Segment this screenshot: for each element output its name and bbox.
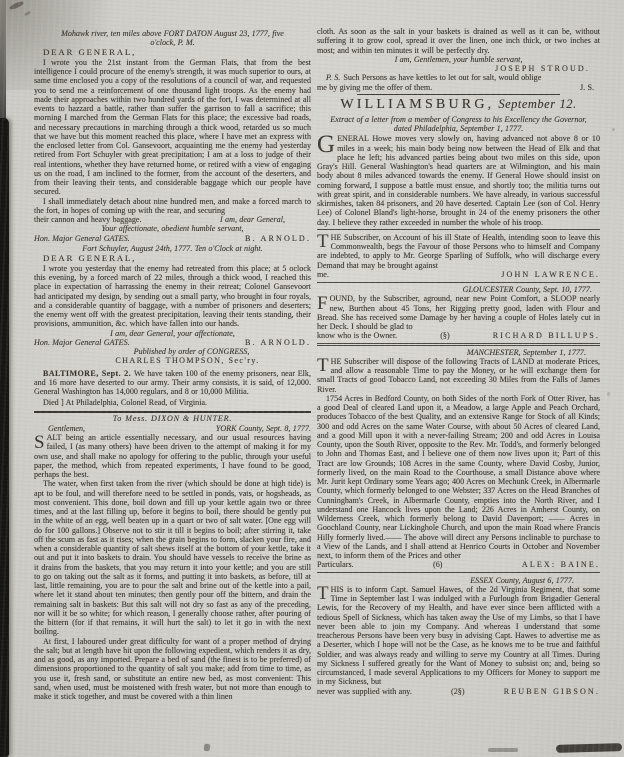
newspaper-page: Mohawk river, ten miles above FORT DATON… (0, 0, 624, 757)
binding-shadow (0, 118, 9, 757)
letter-closing: I am, dear General, your affectionate, (34, 329, 311, 338)
ink-speck (607, 392, 610, 396)
letter-paragraph: I wrote you the 21st instant from the Ge… (34, 58, 311, 197)
extract-paragraph-dropcap: GENERAL Howe moves very slowly on, havin… (317, 134, 600, 227)
masthead-city: WILLIAMSBURG, (340, 97, 494, 112)
notice-paragraph-dropcap: THE Subscriber will dispose of the follo… (317, 357, 600, 394)
binding-shadow-top (0, 0, 6, 122)
notice-paragraph-dropcap: THE Subscriber, on Account of his ill St… (317, 233, 600, 270)
signature: REUBEN GIBSON. (504, 687, 600, 696)
ink-speck (612, 128, 615, 131)
signature: RICHARD BILLUPS. (493, 331, 600, 340)
news-dateline-lead: BALTIMORE, Sept. 2. (43, 369, 131, 378)
extract-heading-cont: dated Philadelphia, September 1, 1777. (317, 124, 600, 133)
section-rule (317, 572, 600, 573)
notice-dateline: MANCHESTER, September 1, 1777. (317, 348, 600, 357)
letter-addressee: Hon. Major General GATES. (34, 338, 130, 347)
paragraph-text: HE Subscriber, on Account of his ill Sta… (317, 233, 600, 270)
arnold-letter-1: Mohawk river, ten miles above FORT DATON… (34, 29, 311, 243)
section-rule (317, 229, 600, 230)
secretary-name: CHARLES THOMPSON, Sec'ry. (34, 356, 311, 365)
postscript: P. S.Such Persons as have kettles to let… (317, 73, 600, 82)
letter-paragraph-dropcap: SALT being an article essentially necess… (34, 433, 311, 479)
notice-paragraph-dropcap: THIS is to inform Capt. Samuel Hawes, of… (317, 585, 600, 687)
reference-mark: (6) (433, 560, 442, 569)
reference-mark: (§) (440, 331, 449, 340)
ink-mark-bottom (204, 744, 211, 752)
letter-salutation: DEAR GENERAL, (34, 48, 311, 57)
masthead-rule (357, 94, 561, 95)
letter-paragraph: I shall immediately detach about nine hu… (34, 197, 311, 216)
paragraph-text: HIS is to inform Capt. Samuel Hawes, of … (317, 585, 600, 687)
letter-lastline-row: their cannon and heavy baggage. I am, de… (34, 215, 311, 224)
lastline-text: Particulars. (317, 560, 354, 569)
salt-letter: To Mess. DIXON & HUNTER. Gentlemen, YORK… (34, 414, 311, 701)
section-rule (34, 411, 311, 413)
letter-paragraph: I wrote you yesterday that the enemy had… (34, 264, 311, 329)
lastline-text: their cannon and heavy baggage. (34, 215, 142, 224)
land-sale-notice: MANCHESTER, September 1, 1777. THE Subsc… (317, 348, 600, 570)
signature: JOSEPH STROUD. (317, 64, 600, 73)
signature: ALEX: BAINE. (522, 560, 600, 569)
lastline-text: never was supplied with any. (317, 687, 412, 696)
lawrence-notice: THE Subscriber, on Account of his ill St… (317, 233, 600, 279)
letter-dateline: Mohawk river, ten miles above FORT DATON… (34, 29, 311, 38)
signature-row: never was supplied with any. (2§) REUBEN… (317, 687, 600, 696)
gibson-notice: ESSEX County, August 6, 1777. THIS is to… (317, 576, 600, 696)
letter-closing-inline: I am, dear General, (220, 215, 311, 224)
drop-cap: T (317, 234, 331, 251)
letter-paragraph: The water, when first taken from the riv… (34, 479, 311, 636)
salutation-date-row: Gentlemen, YORK County, Sept. 8, 1777. (34, 424, 311, 433)
signature: B. ARNOLD. (245, 338, 311, 347)
paragraph-text: ENERAL Howe moves very slowly on, having… (317, 134, 600, 226)
scan-smudge-bottom-right (556, 743, 622, 753)
letter-paragraph: At first, I laboured under great difficu… (34, 637, 311, 702)
signature: B. ARNOLD. (245, 234, 311, 243)
letter-closing: Your affectionate, obedient humble serva… (34, 224, 311, 233)
postscript-lastline-row: me by giving me the offer of them. J. S. (317, 83, 600, 92)
reference-mark: (2§) (451, 687, 464, 696)
extract-heading: Extract of a letter from a member of Con… (317, 115, 600, 124)
letter-addressee: Hon. Major General GATES. (34, 234, 130, 243)
drop-cap: T (317, 358, 331, 375)
drop-cap: S (34, 435, 47, 452)
postscript-text: Such Persons as have kettles to let out … (343, 73, 541, 82)
signature-row: Hon. Major General GATES. B. ARNOLD. (34, 234, 311, 243)
notice-dateline: GLOUCESTER County, Sept. 10, 1777. (317, 285, 600, 294)
notice-dateline: ESSEX County, August 6, 1777. (317, 576, 600, 585)
masthead: WILLIAMSBURG,September 12. (317, 97, 600, 113)
notice-paragraph: 1754 Acres in Bedford County, on both Si… (317, 394, 600, 561)
section-rule-double (317, 343, 600, 346)
letter-paragraph: cloth. As soon as the salt in your baske… (317, 27, 600, 55)
signature-row: Hon. Major General GATES. B. ARNOLD. (34, 338, 311, 347)
lastline-text: know who is the Owner. (317, 331, 397, 340)
drop-cap: T (317, 586, 331, 603)
letter-salutation: DEAR GENERAL, (34, 254, 311, 263)
notice-paragraph-dropcap: FOUND, by the Subscriber, aground, near … (317, 294, 600, 331)
section-rule (317, 282, 600, 283)
lastline-text: me. (317, 270, 329, 279)
masthead-date: September 12. (498, 97, 576, 111)
found-sloop-notice: GLOUCESTER County, Sept. 10, 1777. FOUND… (317, 285, 600, 341)
letter-dateline: YORK County, Sept. 8, 1777. (216, 424, 311, 433)
letter-salutation: Gentlemen, (34, 424, 85, 433)
lastline-text: me by giving me the offer of them. (317, 83, 432, 92)
drop-cap: G (317, 135, 337, 156)
right-column: cloth. As soon as the salt in your baske… (317, 27, 600, 696)
died-notice: Died ] At Philadelphia, Colonel Read, of… (34, 398, 311, 407)
baltimore-news: BALTIMORE, Sept. 2.We have taken 100 of … (34, 369, 311, 408)
congress-extract: Extract of a letter from a member of Con… (317, 115, 600, 227)
paragraph-text: ALT being an article essentially necessa… (34, 433, 311, 479)
paragraph-text: OUND, by the Subscriber, aground, near n… (317, 294, 600, 331)
letter-closing: I am, Gentlemen, your humble servant, (317, 55, 600, 64)
scan-smudge-bottom-right-2 (488, 748, 518, 752)
postscript-initials: J. S. (580, 83, 600, 92)
signature: JOHN LAWRENCE. (501, 270, 600, 279)
signature-row: know who is the Owner. (§) RICHARD BILLU… (317, 331, 600, 340)
postscript-lead: P. S. (326, 73, 340, 82)
news-paragraph: BALTIMORE, Sept. 2.We have taken 100 of … (34, 369, 311, 397)
signature-row: Particulars. (6) ALEX: BAINE. (317, 560, 600, 569)
salt-letter-continuation: cloth. As soon as the salt in your baske… (317, 27, 600, 92)
drop-cap: F (317, 296, 330, 313)
paragraph-text: HE Subscriber will dispose of the follow… (317, 357, 600, 394)
arnold-letter-2: Fort Schuyler, August 24th, 1777. Ten o'… (34, 244, 311, 365)
letter-addressee-line: To Mess. DIXON & HUNTER. (34, 414, 311, 423)
published-by-order: Published by order of CONGRESS, (34, 347, 311, 356)
signature-row: me. JOHN LAWRENCE. (317, 270, 600, 279)
left-column: Mohawk river, ten miles above FORT DATON… (34, 29, 311, 701)
